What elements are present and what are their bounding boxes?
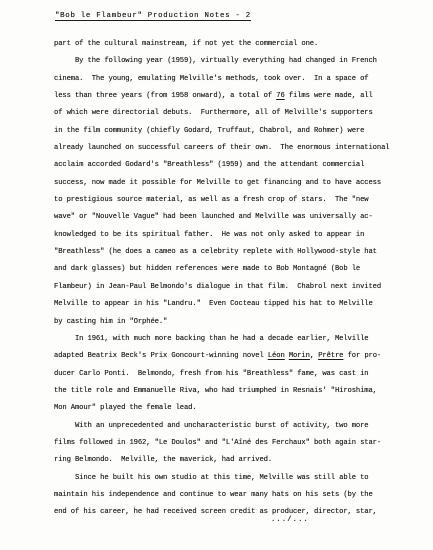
text-segment: Mon Amour" played the female lead. xyxy=(54,404,197,412)
text-line: success, now made it possible for Melvil… xyxy=(54,175,402,192)
text-segment: Melville to appear in his "Landru." Even… xyxy=(54,300,373,308)
text-line: maintain his independence and continue t… xyxy=(54,487,402,504)
text-segment: maintain his independence and continue t… xyxy=(54,491,373,499)
text-segment: knowledged to be its spiritual father. H… xyxy=(54,231,364,239)
text-segment: ducer Carlo Ponti. Belmondo, fresh from … xyxy=(54,370,369,378)
text-segment: wave" or "Nouvelle Vague" had been launc… xyxy=(54,213,373,221)
text-segment: adapted Beatrix Beck's Prix Goncourt-win… xyxy=(54,352,268,360)
underlined-text: Prêtre xyxy=(318,352,343,360)
text-segment: cinema. The young, emulating Melville's … xyxy=(54,75,369,83)
text-line: to prestigious source material, as well … xyxy=(54,192,402,209)
text-segment: to prestigious source material, as well … xyxy=(54,196,369,204)
text-segment: Flambeur) in Jean-Paul Belmondo's dialog… xyxy=(54,283,381,291)
document-body: part of the cultural mainstream, if not … xyxy=(54,36,402,522)
text-segment: part of the cultural mainstream, if not … xyxy=(54,40,318,48)
page-title: "Bob le Flambeur" Production Notes - 2 xyxy=(55,12,251,20)
text-line: ring Belmondo. Melville, the maverick, h… xyxy=(54,452,402,469)
text-line: films followed in 1962, "Le Doulos" and … xyxy=(54,435,402,452)
text-segment: and dark glasses) but hidden references … xyxy=(54,265,360,273)
underlined-text: 76 xyxy=(276,92,284,100)
text-line: Flambeur) in Jean-Paul Belmondo's dialog… xyxy=(54,279,402,296)
text-segment: films were made, all xyxy=(285,92,373,100)
text-segment: by casting him in "Orphée." xyxy=(54,318,167,326)
text-line: acclaim accorded Godard's "Breathless" (… xyxy=(54,157,402,174)
text-line: less than three years (from 1958 onward)… xyxy=(54,88,402,105)
underlined-text: Morin xyxy=(289,352,310,360)
text-line: Mon Amour" played the female lead. xyxy=(54,400,402,417)
text-line: adapted Beatrix Beck's Prix Goncourt-win… xyxy=(54,348,402,365)
text-segment: In 1961, with much more backing than he … xyxy=(54,335,369,343)
text-segment: , xyxy=(310,352,318,360)
text-segment: ring Belmondo. Melville, the maverick, h… xyxy=(54,456,272,464)
text-segment: end of his career, he had received scree… xyxy=(54,508,377,516)
text-line: of which were directorial debuts. Furthe… xyxy=(54,105,402,122)
text-segment: "Breathless" (he does a cameo as a celeb… xyxy=(54,248,377,256)
text-line: and dark glasses) but hidden references … xyxy=(54,261,402,278)
text-line: In 1961, with much more backing than he … xyxy=(54,331,402,348)
text-line: cinema. The young, emulating Melville's … xyxy=(54,71,402,88)
text-segment: the title role and Emmanuelle Riva, who … xyxy=(54,387,377,395)
text-segment: acclaim accorded Godard's "Breathless" (… xyxy=(54,161,364,169)
text-segment: less than three years (from 1958 onward)… xyxy=(54,92,276,100)
text-segment: success, now made it possible for Melvil… xyxy=(54,179,381,187)
text-line: With an unprecedented and uncharacterist… xyxy=(54,418,402,435)
text-line: wave" or "Nouvelle Vague" had been launc… xyxy=(54,209,402,226)
underlined-text: Léon xyxy=(268,352,285,360)
text-line: end of his career, he had received scree… xyxy=(54,504,402,521)
text-segment: With an unprecedented and uncharacterist… xyxy=(54,422,369,430)
text-segment: for pro- xyxy=(343,352,381,360)
text-line: by casting him in "Orphée." xyxy=(54,314,402,331)
text-line: Melville to appear in his "Landru." Even… xyxy=(54,296,402,313)
text-line: in the film community (chiefly Godard, T… xyxy=(54,123,402,140)
text-segment: films followed in 1962, "Le Doulos" and … xyxy=(54,439,381,447)
text-line: ducer Carlo Ponti. Belmondo, fresh from … xyxy=(54,366,402,383)
text-line: knowledged to be its spiritual father. H… xyxy=(54,227,402,244)
document-page: "Bob le Flambeur" Production Notes - 2 p… xyxy=(0,0,433,550)
text-segment: By the following year (1959), virtually … xyxy=(54,57,377,65)
text-line: part of the cultural mainstream, if not … xyxy=(54,36,402,53)
page-continuation-mark: .../... xyxy=(271,516,309,524)
text-line: already launched on successful careers o… xyxy=(54,140,402,157)
text-line: "Breathless" (he does a cameo as a celeb… xyxy=(54,244,402,261)
text-segment: of which were directorial debuts. Furthe… xyxy=(54,109,373,117)
text-segment: in the film community (chiefly Godard, T… xyxy=(54,127,364,135)
text-segment: Since he built his own studio at this ti… xyxy=(54,474,369,482)
text-line: By the following year (1959), virtually … xyxy=(54,53,402,70)
text-segment: already launched on successful careers o… xyxy=(54,144,389,152)
text-line: Since he built his own studio at this ti… xyxy=(54,470,402,487)
text-line: the title role and Emmanuelle Riva, who … xyxy=(54,383,402,400)
